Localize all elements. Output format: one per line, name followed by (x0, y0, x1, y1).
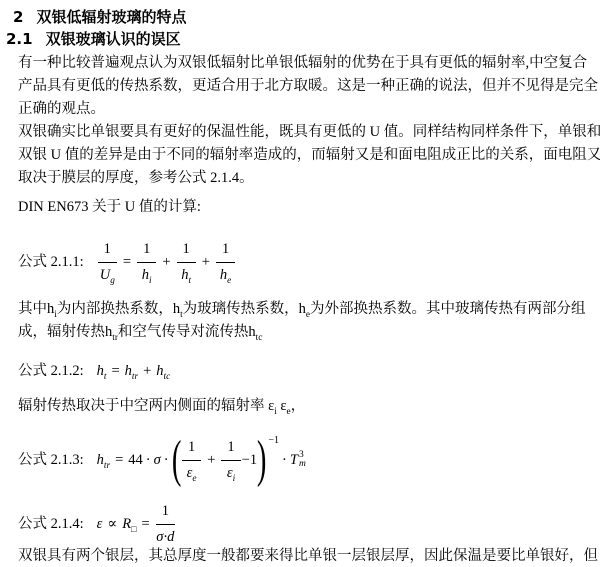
formula-2-1-2: 公式 2.1.2: ht = htr + htc (18, 358, 170, 384)
section-title: 双银低辐射玻璃的特点 (36, 7, 186, 27)
paragraph-3-line-1: 其中hi为内部换热系数，ht为玻璃传热系数，he为外部换热系数。其中玻璃传热有两… (18, 298, 586, 321)
fraction-1-over-eps-e: 1 εe (182, 436, 201, 485)
paragraph-2: 双银确实比单银要具有更好的保温性能，既具有更低的 U 值。同样结构同样条件下，单… (18, 121, 600, 190)
paragraph-4: 双银具有两个银层，其总厚度一般都要来得比单银一层银层厚，因此保温是要比单银好，但 (18, 545, 598, 567)
fraction-1-over-sigma-d: 1 σ·d (156, 500, 175, 549)
fraction-1-over-hi: 1 hi (137, 238, 156, 287)
dot-operator: · (282, 449, 287, 472)
proportional-to-sign: ∝ (107, 513, 117, 536)
term-htr: htr (97, 449, 110, 472)
paragraph-2-line-3: 取决于膜层的厚度，参考公式 2.1.4。 (18, 167, 600, 190)
formula-2-1-3-label: 公式 2.1.3: (18, 449, 84, 472)
equals-sign: = (115, 449, 123, 472)
sigma-symbol: σ (154, 449, 161, 472)
plus-sign: + (202, 251, 210, 274)
formula-2-1-4: 公式 2.1.4: ε ∝ R□ = 1 σ·d (18, 500, 176, 548)
fraction-1-over-Ug: 1 Ug (98, 238, 117, 287)
equals-sign: = (111, 360, 119, 383)
paragraph-3: 其中hi为内部换热系数，ht为玻璃传热系数，he为外部换热系数。其中玻璃传热有两… (18, 298, 586, 344)
formula-2-1-2-label: 公式 2.1.2: (18, 360, 84, 383)
dot-operator: · (164, 449, 169, 472)
din-standard-line: DIN EN673 关于 U 值的计算: (18, 196, 201, 219)
document-page: 2 双银低辐射玻璃的特点 2.1 双银玻璃认识的误区 有一种比较普遍观点认为双银… (0, 0, 600, 567)
formula-2-1-3: 公式 2.1.3: htr = 44 · σ · ( 1 εe + 1 εi −… (18, 428, 306, 492)
dot-operator: · (146, 449, 151, 472)
paragraph-2-line-1: 双银确实比单银要具有更好的保温性能，既具有更低的 U 值。同样结构同样条件下，单… (18, 121, 600, 144)
equals-sign: = (123, 251, 131, 274)
paragraph-3-line-2: 成，辐射传热htr和空气传导对流传热htc (18, 321, 586, 344)
close-paren: ) (257, 434, 267, 486)
equals-sign: = (142, 513, 150, 536)
formula-2-1-4-label: 公式 2.1.4: (18, 513, 84, 536)
plus-sign: + (143, 360, 151, 383)
subsection-heading: 2.1 双银玻璃认识的误区 (6, 29, 181, 49)
epsilon-symbol: ε (97, 513, 103, 536)
coefficient-44: 44 (128, 449, 143, 472)
paragraph-2-line-2: 双银 U 值的差异是由于不同的辐射率造成的，而辐射又是和面电阻成正比的关系，面电… (18, 144, 600, 167)
emissivity-line: 辐射传热取决于中空两内侧面的辐射率 εi εe， (18, 395, 305, 418)
term-Tm-cubed: T3m (290, 449, 306, 472)
term-ht: ht (97, 360, 107, 383)
section-number: 2 (13, 7, 23, 27)
term-htr: htr (125, 360, 138, 383)
plus-sign: + (162, 251, 170, 274)
plus-sign: + (207, 449, 215, 472)
paragraph-4-line-1: 双银具有两个银层，其总厚度一般都要来得比单银一层银层厚，因此保温是要比单银好，但 (18, 545, 598, 567)
fraction-1-over-eps-i: 1 εi (221, 436, 240, 485)
subsection-title: 双银玻璃认识的误区 (46, 29, 181, 49)
term-htc: htc (156, 360, 170, 383)
exponent-minus-one: −1 (268, 429, 279, 452)
fraction-1-over-he: 1 he (216, 238, 235, 287)
open-paren: ( (172, 434, 182, 486)
formula-2-1-1: 公式 2.1.1: 1 Ug = 1 hi + 1 ht + 1 he (18, 234, 236, 290)
fraction-1-over-ht: 1 ht (177, 238, 196, 287)
section-heading: 2 双银低辐射玻璃的特点 (13, 7, 186, 27)
paragraph-1: 有一种比较普遍观点认为双银低辐射比单银低辐射的优势在于具有更低的辐射率,中空复合… (18, 52, 598, 121)
paragraph-1-line-1: 有一种比较普遍观点认为双银低辐射比单银低辐射的优势在于具有更低的辐射率,中空复合 (18, 52, 598, 75)
subsection-number: 2.1 (6, 29, 33, 49)
paragraph-1-line-3: 正确的观点。 (18, 98, 598, 121)
paragraph-1-line-2: 产品具有更低的传热系数，更适合用于北方取暖。这是一种正确的说法，但并不见得是完全 (18, 75, 598, 98)
minus-one-term: −1 (242, 449, 257, 472)
formula-2-1-1-label: 公式 2.1.1: (18, 251, 84, 274)
term-sheet-resistance: R□ (122, 513, 136, 536)
